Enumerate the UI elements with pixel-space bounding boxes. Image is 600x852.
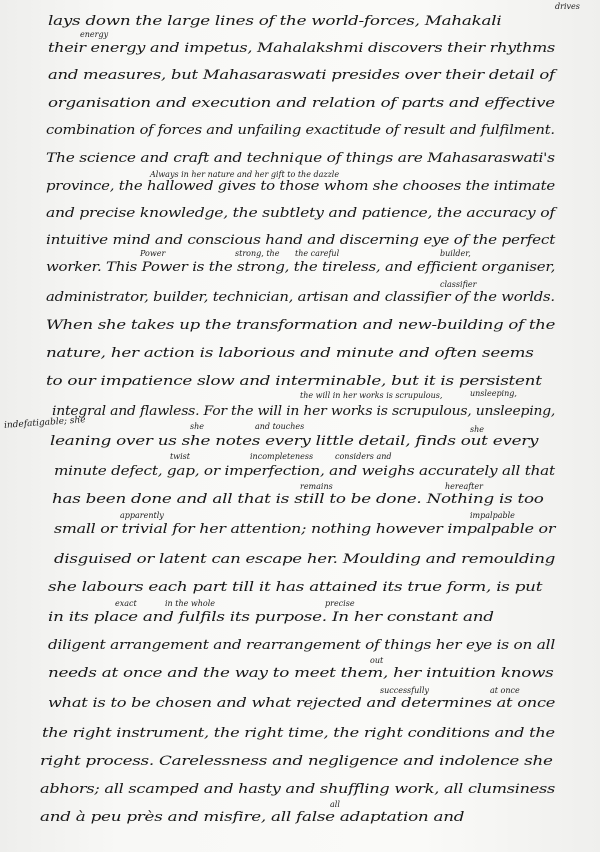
manuscript-line: she labours each part till it has attain… (48, 580, 542, 595)
interlinear-insertion: in the whole (165, 599, 215, 608)
interlinear-insertion: classifier (440, 280, 476, 289)
interlinear-insertion: drives (555, 2, 580, 11)
manuscript-line: intuitive mind and conscious hand and di… (46, 233, 555, 248)
manuscript-line: disguised or latent can escape her. Moul… (54, 552, 555, 567)
manuscript-line: integral and flawless. For the will in h… (52, 404, 555, 419)
interlinear-insertion: hereafter (445, 482, 483, 491)
manuscript-line: to our impatience slow and interminable,… (46, 374, 542, 389)
manuscript-line: The science and craft and technique of t… (46, 151, 555, 166)
manuscript-line: worker. This Power is the strong, the ti… (46, 260, 555, 275)
manuscript-line: has been done and all that is still to b… (52, 492, 544, 507)
interlinear-insertion: impalpable (470, 511, 515, 520)
manuscript-line: and measures, but Mahasaraswati presides… (48, 68, 555, 83)
interlinear-insertion: Power (140, 249, 165, 258)
manuscript-line: organisation and execution and relation … (48, 96, 555, 111)
manuscript-line: leaning over us she notes every little d… (50, 434, 538, 449)
interlinear-insertion: and touches (255, 422, 304, 431)
interlinear-insertion: apparently (120, 511, 164, 520)
manuscript-line: province, the hallowed gives to those wh… (46, 179, 555, 194)
interlinear-insertion: successfully (380, 686, 429, 695)
interlinear-insertion: at once (490, 686, 520, 695)
margin-note: indefatigable; she (4, 415, 86, 431)
manuscript-line: lays down the large lines of the world-f… (48, 14, 501, 29)
manuscript-line: administrator, builder, technician, arti… (46, 290, 555, 305)
interlinear-insertion: incompleteness (250, 452, 313, 461)
manuscript-line: the right instrument, the right time, th… (42, 726, 555, 741)
manuscript-line: right process. Carelessness and negligen… (40, 754, 553, 769)
manuscript-page: lays down the large lines of the world-f… (0, 0, 600, 852)
manuscript-line: diligent arrangement and rearrangement o… (48, 638, 555, 653)
manuscript-line: minute defect, gap, or imperfection, and… (54, 464, 555, 479)
interlinear-insertion: out (370, 656, 383, 665)
interlinear-insertion: the will in her works is scrupulous, (300, 391, 442, 400)
interlinear-insertion: all (330, 800, 340, 809)
manuscript-line: small or trivial for her attention; noth… (54, 522, 555, 537)
manuscript-line: their energy and impetus, Mahalakshmi di… (48, 41, 555, 56)
interlinear-insertion: unsleeping, (470, 389, 517, 398)
manuscript-line: and à peu près and misfire, all false ad… (40, 810, 464, 825)
interlinear-insertion: Always in her nature and her gift to the… (150, 170, 339, 179)
manuscript-line: combination of forces and unfailing exac… (46, 123, 555, 138)
interlinear-insertion: energy (80, 30, 108, 39)
interlinear-insertion: considers and (335, 452, 391, 461)
interlinear-insertion: twist (170, 452, 190, 461)
interlinear-insertion: the careful (295, 249, 339, 258)
manuscript-line: needs at once and the way to meet them, … (48, 666, 554, 681)
interlinear-insertion: strong, the (235, 249, 279, 258)
interlinear-insertion: she (190, 422, 204, 431)
manuscript-line: When she takes up the transformation and… (46, 318, 555, 333)
interlinear-insertion: exact (115, 599, 137, 608)
manuscript-line: what is to be chosen and what rejected a… (48, 696, 555, 711)
manuscript-line: in its place and fulfils its purpose. In… (48, 610, 494, 625)
manuscript-line: abhors; all scamped and hasty and shuffl… (40, 782, 555, 797)
interlinear-insertion: precise (325, 599, 355, 608)
manuscript-line: and precise knowledge, the subtlety and … (46, 206, 555, 221)
manuscript-line: nature, her action is laborious and minu… (46, 346, 534, 361)
interlinear-insertion: builder, (440, 249, 471, 258)
interlinear-insertion: she (470, 425, 484, 434)
interlinear-insertion: remains (300, 482, 333, 491)
